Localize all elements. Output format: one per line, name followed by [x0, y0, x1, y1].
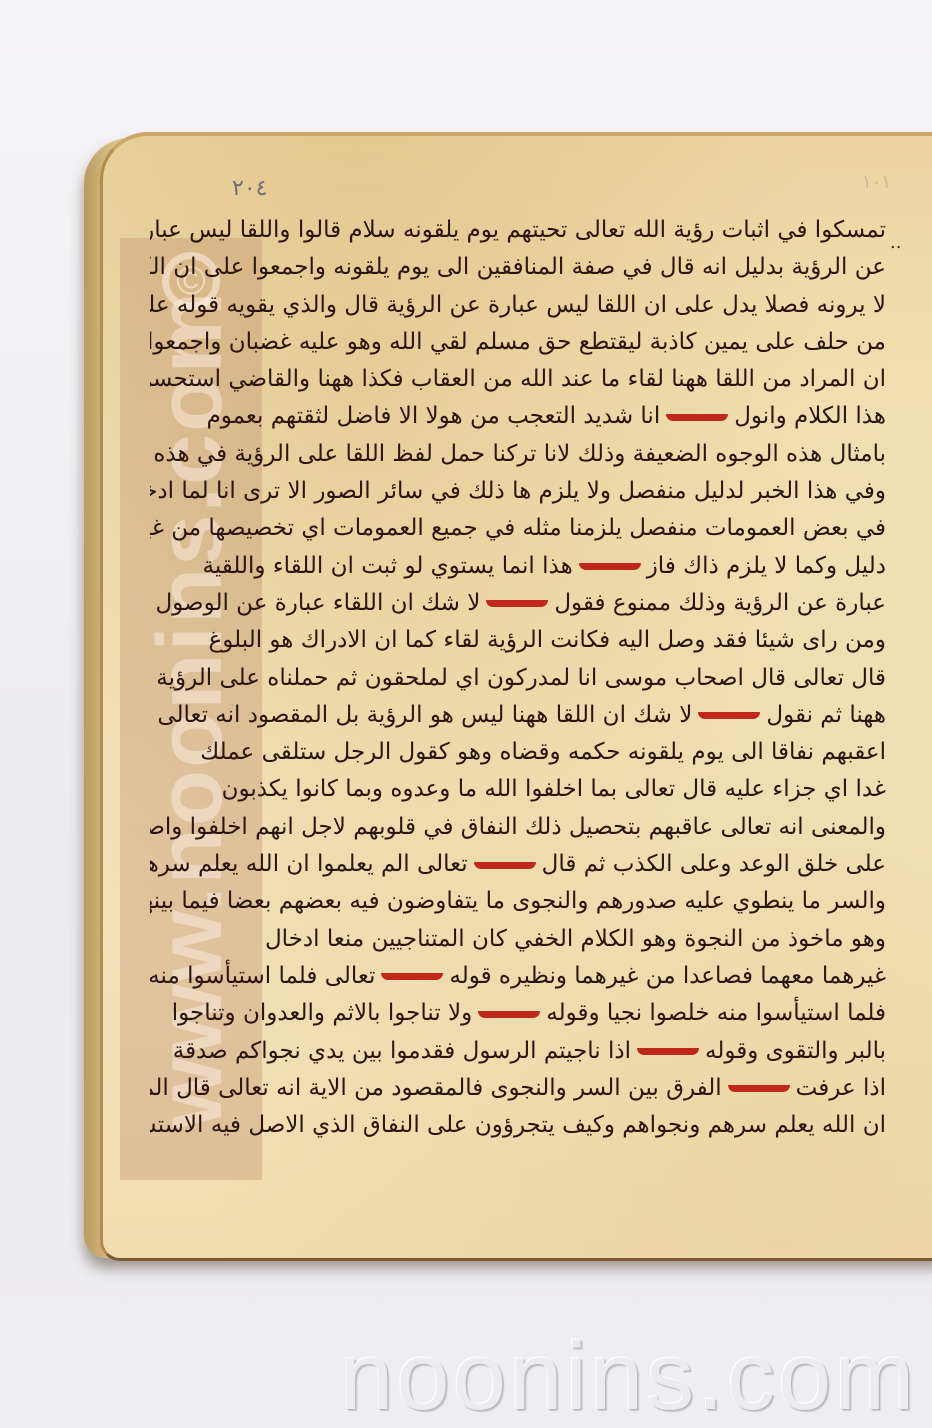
- line-text: بالبر والتقوى وقوله: [705, 1038, 886, 1064]
- line-text: وهو ماخوذ من النجوة وهو الكلام الخفي كان…: [265, 926, 886, 952]
- manuscript-line: بالبر والتقوى وقولهاذا ناجيتم الرسول فقد…: [150, 1033, 886, 1070]
- rubric-red-stroke: [474, 862, 536, 869]
- rubric-red-stroke: [666, 414, 728, 421]
- line-text: على خلق الوعد وعلى الكذب ثم قال: [542, 851, 886, 877]
- manuscript-line: غيرهما معهما فصاعدا من غيرهما ونظيره قول…: [150, 958, 886, 995]
- line-text-continuation: لا شك ان اللقا ههنا ليس هو الرؤية بل الم…: [157, 702, 692, 728]
- line-text: بامثال هذه الوجوه الضعيفة وذلك لانا تركن…: [150, 441, 886, 467]
- manuscript-line: على خلق الوعد وعلى الكذب ثم قالتعالى الم…: [150, 846, 886, 883]
- manuscript-line: وهو ماخوذ من النجوة وهو الكلام الخفي كان…: [150, 921, 886, 958]
- rubric-red-stroke: [486, 600, 548, 607]
- manuscript-line: في بعض العمومات منفصل يلزمنا مثله في جمي…: [150, 510, 886, 547]
- line-text: عبارة عن الرؤية وذلك ممنوع فقول: [554, 590, 886, 616]
- line-text: تمسكوا في اثبات رؤية الله تعالى تحيتهم ي…: [150, 217, 886, 243]
- footer-watermark: noonins.com: [340, 1322, 917, 1428]
- manuscript-line: دليل وكما لا يلزم ذاك فازهذا انما يستوي …: [150, 548, 886, 585]
- manuscript-line: ان الله يعلم سرهم ونجواهم وكيف يتجرؤون ع…: [150, 1107, 886, 1144]
- line-text-continuation: تعالى الم يعلموا ان الله يعلم سرهم: [150, 851, 468, 877]
- manuscript-line: اعقبهم نفاقا الى يوم يلقونه حكمه وقضاه و…: [150, 734, 886, 771]
- line-text: غيرهما معهما فصاعدا من غيرهما ونظيره قول…: [449, 963, 886, 989]
- manuscript-text-block: تمسكوا في اثبات رؤية الله تعالى تحيتهم ي…: [150, 212, 886, 1144]
- line-text: هذا الكلام وانول: [734, 403, 886, 429]
- line-text-continuation: هذا انما يستوي لو ثبت ان اللقاء واللقية: [203, 553, 573, 579]
- manuscript-line: وفي هذا الخبر لدليل منفصل ولا يلزم ها ذل…: [150, 473, 886, 510]
- line-text-continuation: الفرق بين السر والنجوى فالمقصود من الاية…: [150, 1075, 722, 1101]
- line-text: من حلف على يمين كاذبة ليقتطع حق مسلم لقي…: [150, 329, 886, 355]
- manuscript-line: من حلف على يمين كاذبة ليقتطع حق مسلم لقي…: [150, 324, 886, 361]
- line-text-continuation: تعالى فلما استيأسوا منه خلصوا نجيا وقوله: [150, 963, 375, 989]
- line-text-continuation: انا شديد التعجب من هولا الا فاضل لثقتهم …: [206, 403, 660, 429]
- margin-mark: ..: [890, 232, 901, 253]
- manuscript-line: قال تعالى قال اصحاب موسى انا لمدركون اي …: [150, 660, 886, 697]
- manuscript-line: لا يرونه فصلا يدل على ان اللقا ليس عبارة…: [150, 287, 886, 324]
- manuscript-line: عن الرؤية بدليل انه قال في صفة المنافقين…: [150, 249, 886, 286]
- line-text-continuation: اذا ناجيتم الرسول فقدموا بين يدي نجواكم …: [173, 1038, 631, 1064]
- line-text: اذا عرفت: [796, 1075, 886, 1101]
- line-text: غدا اي جزاء عليه قال تعالى بما اخلفوا ال…: [222, 776, 886, 802]
- rubric-red-stroke: [381, 973, 443, 980]
- line-text: لا يرونه فصلا يدل على ان اللقا ليس عبارة…: [150, 292, 886, 318]
- line-text: وفي هذا الخبر لدليل منفصل ولا يلزم ها ذل…: [150, 478, 886, 504]
- manuscript-line: اذا عرفتالفرق بين السر والنجوى فالمقصود …: [150, 1070, 886, 1107]
- line-text-continuation: لا شك ان اللقاء عبارة عن الوصول: [155, 590, 480, 616]
- line-text: والسر ما ينطوي عليه صدورهم والنجوى ما يت…: [150, 888, 886, 914]
- line-text: اعقبهم نفاقا الى يوم يلقونه حكمه وقضاه و…: [200, 739, 886, 765]
- rubric-red-stroke: [637, 1048, 699, 1055]
- folio-right-mark: ١٠١: [862, 172, 891, 193]
- manuscript-line: عبارة عن الرؤية وذلك ممنوع فقوللا شك ان …: [150, 585, 886, 622]
- line-text: في بعض العمومات منفصل يلزمنا مثله في جمي…: [150, 515, 886, 541]
- line-text: قال تعالى قال اصحاب موسى انا لمدركون اي …: [150, 665, 886, 691]
- line-text-continuation: ولا تناجوا بالاثم والعدوان وتناجوا: [172, 1000, 473, 1026]
- manuscript-line: فلما استيأسوا منه خلصوا نجيا وقولهولا تن…: [150, 995, 886, 1032]
- manuscript-line: ومن راى شيئا فقد وصل اليه فكانت الرؤية ل…: [150, 622, 886, 659]
- line-text: ان الله يعلم سرهم ونجواهم وكيف يتجرؤون ع…: [150, 1112, 886, 1138]
- manuscript-line: والمعنى انه تعالى عاقبهم بتحصيل ذلك النف…: [150, 809, 886, 846]
- rubric-red-stroke: [728, 1085, 790, 1092]
- line-text: دليل وكما لا يلزم ذاك فاز: [647, 553, 886, 579]
- folio-number: ٢٠٤: [232, 176, 267, 201]
- manuscript-line: والسر ما ينطوي عليه صدورهم والنجوى ما يت…: [150, 883, 886, 920]
- line-text: عن الرؤية بدليل انه قال في صفة المنافقين…: [150, 254, 886, 280]
- manuscript-line: هذا الكلام وانولانا شديد التعجب من هولا …: [150, 398, 886, 435]
- line-text: فلما استيأسوا منه خلصوا نجيا وقوله: [546, 1000, 886, 1026]
- manuscript-line: غدا اي جزاء عليه قال تعالى بما اخلفوا ال…: [150, 771, 886, 808]
- manuscript-line: ان المراد من اللقا ههنا لقاء ما عند الله…: [150, 361, 886, 398]
- rubric-red-stroke: [698, 712, 760, 719]
- manuscript-line: ههنا ثم نقوللا شك ان اللقا ههنا ليس هو ا…: [150, 697, 886, 734]
- rubric-red-stroke: [579, 563, 641, 570]
- line-text: ان المراد من اللقا ههنا لقاء ما عند الله…: [150, 366, 886, 392]
- manuscript-line: بامثال هذه الوجوه الضعيفة وذلك لانا تركن…: [150, 436, 886, 473]
- line-text: والمعنى انه تعالى عاقبهم بتحصيل ذلك النف…: [150, 814, 886, 840]
- line-text: ومن راى شيئا فقد وصل اليه فكانت الرؤية ل…: [209, 627, 886, 653]
- rubric-red-stroke: [478, 1011, 540, 1018]
- line-text: ههنا ثم نقول: [766, 702, 886, 728]
- manuscript-line: تمسكوا في اثبات رؤية الله تعالى تحيتهم ي…: [150, 212, 886, 249]
